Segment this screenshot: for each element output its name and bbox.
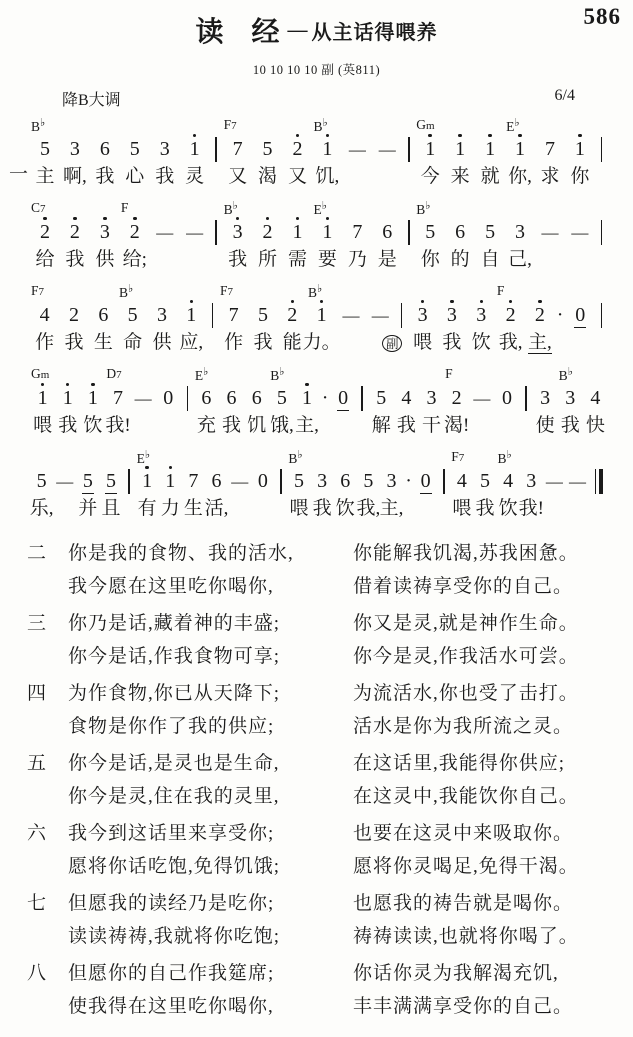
- verse-lines: 你乃是话,藏着神的丰盛;你又是灵,就是神作生命。你今是话,作我食物可享;你今是灵…: [68, 607, 633, 673]
- octave-dot: [41, 383, 45, 387]
- dash-extension: —: [565, 214, 595, 274]
- lyric-syllable: 解: [372, 410, 391, 440]
- note-token: F2我,: [496, 297, 525, 357]
- note-token: 3己,: [505, 214, 535, 274]
- chord-label: B♭: [498, 450, 512, 466]
- note-token: 6我: [90, 131, 120, 191]
- verse-lines: 我今到这话里来享受你;也要在这灵中来吸取你。愿将你话吃饱,免得饥饿;愿将你灵喝足…: [68, 817, 633, 883]
- barline: [181, 380, 194, 440]
- barline: [402, 131, 415, 191]
- lyric-syllable: 我: [313, 493, 332, 523]
- verse-line-right: 祷祷读读,也就将你喝了。: [353, 920, 633, 953]
- lyric-syllable: 又: [288, 161, 307, 191]
- lyric-syllable: 啊,: [63, 161, 87, 191]
- lyric-syllable: 活,: [205, 493, 229, 523]
- chord-label: E♭: [313, 201, 326, 217]
- dash-extension: —: [535, 214, 565, 274]
- verse-line-right: 借着读祷享受你的自己。: [353, 570, 633, 603]
- dash-extension: —: [228, 463, 251, 523]
- dash-extension: —: [342, 131, 372, 191]
- octave-dot: [296, 134, 300, 138]
- lyric-syllable: 我!: [105, 410, 130, 440]
- note-token: 0: [414, 463, 437, 523]
- note-token: 3使: [533, 380, 558, 440]
- octave-dot: [458, 134, 462, 138]
- verse-line-left: 读读祷祷,我就将你吃饱;: [68, 920, 353, 953]
- verse-line: 你乃是话,藏着神的丰盛;你又是灵,就是神作生命。: [68, 607, 633, 640]
- verse-line-right: 你又是灵,就是神作生命。: [353, 607, 633, 640]
- lyric-syllable: 我: [222, 410, 241, 440]
- lyric-syllable: 我!: [519, 493, 544, 523]
- note-token: B♭5喂: [287, 463, 310, 523]
- octave-dot: [266, 217, 270, 221]
- verse-line-right: 你话你灵为我解渴充饥,: [353, 957, 633, 990]
- verse: 八但愿你的自己作我筵席;你话你灵为我解渴充饥,使我得在这里吃你喝你,丰丰满满享受…: [27, 957, 633, 1023]
- music-systems: 一B♭5主3啊,6我5心3我1灵F77又5渴2又B♭1饥,——Gm1今1来1就E…: [0, 116, 633, 523]
- octave-dot: [518, 134, 522, 138]
- octave-dot: [91, 383, 95, 387]
- note-token: 2又: [283, 131, 313, 191]
- octave-dot: [190, 300, 194, 304]
- augmentation-dot: ·: [403, 463, 414, 523]
- chord-label: Gm: [31, 367, 49, 381]
- note-token: 5乐,: [30, 463, 53, 523]
- verse: 二你是我的食物、我的活水,你能解我饥渴,苏我困惫。我今愿在这里吃你喝你,借着读祷…: [27, 537, 633, 603]
- chord-label: Gm: [416, 118, 434, 132]
- note-token: 5解: [369, 380, 394, 440]
- verse-line-left: 我今到这话里来享受你;: [68, 817, 353, 850]
- note-token: D77我!: [105, 380, 130, 440]
- note-token: E♭1你,: [505, 131, 535, 191]
- lyric-syllable: 渴: [258, 161, 277, 191]
- chord-label: B♭: [119, 284, 133, 300]
- chord-label: F7: [451, 450, 464, 464]
- note-token: 6活,: [205, 463, 228, 523]
- note-token: F2给;: [120, 214, 150, 274]
- octave-dot: [66, 383, 70, 387]
- verse: 五你今是话,是灵也是生命,在这话里,我能得你供应;你今是灵,住在我的灵里,在这灵…: [27, 747, 633, 813]
- octave-dot: [578, 134, 582, 138]
- lyric-syllable: 供: [152, 327, 171, 357]
- note-token: E♭1有: [136, 463, 159, 523]
- verse-line: 愿将你话吃饱,免得饥饿;愿将你灵喝足,免得干渴。: [68, 850, 633, 883]
- verse-line-right: 愿将你灵喝足,免得干渴。: [353, 850, 633, 883]
- lyric-syllable: 力: [161, 493, 180, 523]
- lyric-syllable: 我: [58, 410, 77, 440]
- lyric-syllable: 是: [378, 244, 397, 274]
- chord-label: B♭: [559, 367, 573, 383]
- lyric-syllable: 主,: [295, 410, 319, 440]
- verse-line: 使我得在这里吃你喝你,丰丰满满享受你的自己。: [68, 990, 633, 1023]
- augmentation-dot: ·: [555, 297, 566, 357]
- note-token: B♭1饥,: [312, 131, 342, 191]
- note-token: 6饥: [244, 380, 269, 440]
- dash-extension: —: [372, 131, 402, 191]
- note-token: C72给: [30, 214, 60, 274]
- verse-line: 你今是话,作我食物可享;你今是灵,作我活水可尝。: [68, 640, 633, 673]
- verse-line-left: 但愿你的自己作我筵席;: [68, 957, 353, 990]
- note-token: 3啊,: [60, 131, 90, 191]
- lyric-syllable: 饮: [336, 493, 355, 523]
- key-time-row: 降B大调 6/4: [0, 78, 633, 110]
- lyric-syllable: 渴!: [444, 410, 469, 440]
- lyric-syllable: 今: [421, 161, 440, 191]
- lyric-syllable: 且: [101, 493, 120, 523]
- augmentation-dot: ·: [320, 380, 331, 440]
- octave-dot: [509, 300, 513, 304]
- note-token: 6的: [445, 214, 475, 274]
- lyric-syllable: 乃: [348, 244, 367, 274]
- chord-label: B♭: [270, 367, 284, 383]
- verse-line-right: 你能解我饥渴,苏我困惫。: [353, 537, 633, 570]
- octave-dot: [428, 134, 432, 138]
- lyric-syllable: 你,: [508, 161, 532, 191]
- note-token: 7生: [182, 463, 205, 523]
- verse-line: 但愿你的自己作我筵席;你话你灵为我解渴充饥,: [68, 957, 633, 990]
- lyric-syllable: 作: [224, 327, 243, 357]
- verse-line-left: 愿将你话吃饱,免得饥饿;: [68, 850, 353, 883]
- lyric-syllable: 有: [138, 493, 157, 523]
- barline: [274, 463, 287, 523]
- lyric-syllable: 应,: [179, 327, 203, 357]
- verses-block: 二你是我的食物、我的活水,你能解我饥渴,苏我困惫。我今愿在这里吃你喝你,借着读祷…: [27, 537, 633, 1023]
- octave-dot: [296, 217, 300, 221]
- lyric-syllable: 命: [123, 327, 142, 357]
- note-token: F74喂: [450, 463, 473, 523]
- lyric-syllable: 乐,: [30, 493, 54, 523]
- note-token: 1我: [55, 380, 80, 440]
- verse-line-right: 也愿我的祷告就是喝你。: [353, 887, 633, 920]
- note-token: 1饮: [80, 380, 105, 440]
- lyric-syllable: 又: [228, 161, 247, 191]
- note-token: B♭3我: [558, 380, 583, 440]
- note-token: 7求: [535, 131, 565, 191]
- note-token: 5我: [473, 463, 496, 523]
- verse-line: 我今到这话里来享受你;也要在这灵中来吸取你。: [68, 817, 633, 850]
- lyric-syllable: 饥: [247, 410, 266, 440]
- verse-line: 你今是话,是灵也是生命,在这话里,我能得你供应;: [68, 747, 633, 780]
- chord-label: C7: [31, 201, 46, 215]
- barline: [595, 214, 608, 274]
- lyric-syllable: 我: [95, 161, 114, 191]
- hymn-title: 读 经 — 从主话得喂养: [0, 10, 633, 50]
- barline: [206, 297, 219, 357]
- note-token: 0: [566, 297, 595, 357]
- lyric-syllable: 作: [35, 327, 54, 357]
- note-token: 1来: [445, 131, 475, 191]
- lyric-syllable: 饮: [499, 493, 518, 523]
- note-token: E♭1要: [312, 214, 342, 274]
- note-token: 5并: [76, 463, 99, 523]
- verse-lines: 你今是话,是灵也是生命,在这话里,我能得你供应;你今是灵,住在我的灵里,在这灵中…: [68, 747, 633, 813]
- lyric-syllable: 充: [197, 410, 216, 440]
- verse-line-left: 你乃是话,藏着神的丰盛;: [68, 607, 353, 640]
- chord-label: F7: [31, 284, 44, 298]
- lyric-syllable: 就: [481, 161, 500, 191]
- octave-dot: [320, 300, 324, 304]
- verse-lines: 为作食物,你已从天降下;为流活水,你也受了击打。食物是你作了我的供应;活水是你为…: [68, 677, 633, 743]
- verse-line-left: 但愿我的读经乃是吃你;: [68, 887, 353, 920]
- octave-dot: [236, 217, 240, 221]
- dash-extension: —: [543, 463, 566, 523]
- lyric-syllable: 我: [228, 244, 247, 274]
- octave-dot: [73, 217, 77, 221]
- verse-line: 你是我的食物、我的活水,你能解我饥渴,苏我困惫。: [68, 537, 633, 570]
- barline: [356, 380, 369, 440]
- note-token: 3喂副: [408, 297, 437, 357]
- dash-extension: —: [336, 297, 365, 357]
- barline: [520, 380, 533, 440]
- verse-number: 四: [27, 677, 68, 743]
- note-token: 0: [251, 463, 274, 523]
- note-token: 2我: [59, 297, 88, 357]
- lyric-syllable: 给;: [123, 244, 147, 274]
- note-token: 1应,: [177, 297, 206, 357]
- note-token: B♭4饮: [497, 463, 520, 523]
- hymn-number: 586: [584, 4, 622, 30]
- octave-dot: [103, 217, 107, 221]
- lyric-syllable: 我: [65, 244, 84, 274]
- note-token: 5渴: [253, 131, 283, 191]
- note-token: B♭5饿,: [269, 380, 294, 440]
- octave-dot: [193, 134, 197, 138]
- octave-dot: [326, 217, 330, 221]
- note-token: 7乃: [342, 214, 372, 274]
- note-token: Gm1今: [415, 131, 445, 191]
- final-barline: [589, 463, 608, 523]
- note-token: 6我: [219, 380, 244, 440]
- lyric-syllable: 饿,: [270, 410, 294, 440]
- lyric-syllable: 需: [288, 244, 307, 274]
- lyric-syllable: 我: [475, 493, 494, 523]
- chord-label: B♭: [416, 201, 430, 217]
- note-token: 2主,: [525, 297, 554, 357]
- verse-line: 但愿我的读经乃是吃你;也愿我的祷告就是喝你。: [68, 887, 633, 920]
- note-token: 3干: [419, 380, 444, 440]
- verse-line-left: 为作食物,你已从天降下;: [68, 677, 353, 710]
- verse-line: 我今愿在这里吃你喝你,借着读祷享受你的自己。: [68, 570, 633, 603]
- lyric-syllable: 喂副: [413, 327, 432, 357]
- lyric-syllable: 所: [258, 244, 277, 274]
- lyric-syllable: 生: [184, 493, 203, 523]
- page-header: 586 读 经 — 从主话得喂养 10 10 10 10 副 (英811) 降B…: [0, 0, 633, 110]
- verse: 七但愿我的读经乃是吃你;也愿我的祷告就是喝你。读读祷祷,我就将你吃饱;祷祷读读,…: [27, 887, 633, 953]
- verse-number: 六: [27, 817, 68, 883]
- lyric-syllable: 我: [64, 327, 83, 357]
- lyric-syllable: 主,: [528, 327, 552, 357]
- note-token: 3饮: [467, 297, 496, 357]
- music-system: Gm1喂1我1饮D77我!—0E♭6充6我6饥B♭5饿,1主,·05解4我3干F…: [30, 365, 608, 440]
- verse-lines: 但愿我的读经乃是吃你;也愿我的祷告就是喝你。读读祷祷,我就将你吃饱;祷祷读读,也…: [68, 887, 633, 953]
- lyric-syllable: 供: [95, 244, 114, 274]
- verse: 四为作食物,你已从天降下;为流活水,你也受了击打。食物是你作了我的供应;活水是你…: [27, 677, 633, 743]
- barline: [595, 297, 608, 357]
- note-token: 3我!: [520, 463, 543, 523]
- note-token: 0: [331, 380, 356, 440]
- music-system: F74作2我6生B♭5命3供1应,F77作5我2能B♭1力。——3喂副3我3饮F…: [30, 282, 608, 357]
- lyric-syllable: 喂: [33, 410, 52, 440]
- barline: [210, 214, 223, 274]
- chord-label: B♭: [31, 118, 45, 134]
- octave-dot: [488, 134, 492, 138]
- lyric-syllable: 我: [397, 410, 416, 440]
- note-token: 4快: [583, 380, 608, 440]
- barline: [402, 214, 415, 274]
- chord-label: E♭: [137, 450, 150, 466]
- verse-line-left: 你是我的食物、我的活水,: [68, 537, 353, 570]
- lyric-syllable: 饥,: [316, 161, 340, 191]
- note-token: 1你: [565, 131, 595, 191]
- note-token: 1灵: [180, 131, 210, 191]
- note-token: 6是: [372, 214, 402, 274]
- verse-line-left: 你今是话,是灵也是生命,: [68, 747, 353, 780]
- dash-extension: —: [131, 380, 156, 440]
- lyric-syllable: 力。: [303, 327, 341, 357]
- lyric-syllable: 来: [451, 161, 470, 191]
- chord-label: F7: [220, 284, 233, 298]
- chord-label: F7: [224, 118, 237, 132]
- barline: [595, 131, 608, 191]
- note-token: 1需: [283, 214, 313, 274]
- chord-label: E♭: [195, 367, 208, 383]
- title-dash: —: [288, 19, 308, 42]
- lyric-syllable: 我: [561, 410, 580, 440]
- note-token: B♭5命: [118, 297, 147, 357]
- lyric-syllable: 并: [78, 493, 97, 523]
- verse-line-left: 我今愿在这里吃你喝你,: [68, 570, 353, 603]
- note-token: 2我: [60, 214, 90, 274]
- note-token: E♭6充: [194, 380, 219, 440]
- chord-label: B♭: [224, 201, 238, 217]
- title-subtitle: 从主话得喂养: [312, 16, 438, 45]
- lyric-syllable: 快: [586, 410, 605, 440]
- note-token: 3我: [150, 131, 180, 191]
- octave-dot: [421, 300, 425, 304]
- verse-lines: 你是我的食物、我的活水,你能解我饥渴,苏我困惫。我今愿在这里吃你喝你,借着读祷享…: [68, 537, 633, 603]
- note-token: B♭3我: [223, 214, 253, 274]
- barline: [210, 131, 223, 191]
- octave-dot: [43, 217, 47, 221]
- lyric-syllable: 我: [253, 327, 272, 357]
- chord-label: E♭: [506, 118, 519, 134]
- verse-line: 读读祷祷,我就将你吃饱;祷祷读读,也就将你喝了。: [68, 920, 633, 953]
- lyric-syllable: 要: [318, 244, 337, 274]
- note-token: F2渴!: [444, 380, 469, 440]
- verse-number: 二: [27, 537, 68, 603]
- lyric-syllable: 你: [421, 244, 440, 274]
- octave-dot: [133, 217, 137, 221]
- note-token: Gm1喂: [30, 380, 55, 440]
- note-token: 5我,: [357, 463, 380, 523]
- key-signature: 降B大调: [62, 87, 121, 110]
- lyric-syllable: 喂: [289, 493, 308, 523]
- note-token: 6饮: [334, 463, 357, 523]
- note-token: 3供: [90, 214, 120, 274]
- lyric-syllable: 我: [155, 161, 174, 191]
- lyric-syllable: 喂: [452, 493, 471, 523]
- octave-dot: [450, 300, 454, 304]
- verse-number: 八: [27, 957, 68, 1023]
- chord-label: F: [121, 201, 129, 215]
- lyric-syllable: 自: [481, 244, 500, 274]
- verse-line-right: 在这话里,我能得你供应;: [353, 747, 633, 780]
- verse-line-right: 也要在这灵中来吸取你。: [353, 817, 633, 850]
- verse-line-right: 丰丰满满享受你的自己。: [353, 990, 633, 1023]
- note-token: 4我: [394, 380, 419, 440]
- note-token: F77又: [223, 131, 253, 191]
- chord-label: F: [497, 284, 505, 298]
- verse-line: 为作食物,你已从天降下;为流活水,你也受了击打。: [68, 677, 633, 710]
- note-token: 3我: [311, 463, 334, 523]
- dash-extension: —: [150, 214, 180, 274]
- verse-line-right: 为流活水,你也受了击打。: [353, 677, 633, 710]
- verse-line: 食物是你作了我的供应;活水是你为我所流之灵。: [68, 710, 633, 743]
- lyric-syllable: 干: [422, 410, 441, 440]
- lyric-syllable: 你: [570, 161, 589, 191]
- chord-label: F: [445, 367, 453, 381]
- verse-number: 七: [27, 887, 68, 953]
- dash-extension: —: [180, 214, 210, 274]
- lyric-syllable: 生: [94, 327, 113, 357]
- meter-text: 10 10 10 10 副 (英811): [0, 60, 633, 78]
- verse-number: 三: [27, 607, 68, 673]
- note-token: 0: [494, 380, 519, 440]
- chord-label: B♭: [288, 450, 302, 466]
- note-token: 5自: [475, 214, 505, 274]
- verse-line-right: 在这灵中,我能饮你自己。: [353, 780, 633, 813]
- dash-extension: —: [469, 380, 494, 440]
- octave-dot: [538, 300, 542, 304]
- verse-line-left: 使我得在这里吃你喝你,: [68, 990, 353, 1023]
- verse-number-mark: 一: [9, 159, 28, 186]
- verse: 六我今到这话里来享受你;也要在这灵中来吸取你。愿将你话吃饱,免得饥饿;愿将你灵喝…: [27, 817, 633, 883]
- barline: [437, 463, 450, 523]
- time-signature: 6/4: [555, 87, 575, 110]
- lyric-syllable: 给: [35, 244, 54, 274]
- chord-label: B♭: [308, 284, 322, 300]
- lyric-syllable: 己,: [508, 244, 532, 274]
- octave-dot: [305, 383, 309, 387]
- music-system: C72给2我3供F2给;——B♭3我2所1需E♭1要7乃6是B♭5你6的5自3己…: [30, 199, 608, 274]
- lyric-syllable: 我,: [357, 493, 381, 523]
- lyric-syllable: 能: [283, 327, 302, 357]
- note-token: 1力: [159, 463, 182, 523]
- verse: 三你乃是话,藏着神的丰盛;你又是灵,就是神作生命。你今是话,作我食物可享;你今是…: [27, 607, 633, 673]
- note-token: 2所: [253, 214, 283, 274]
- lyric-syllable: 使: [536, 410, 555, 440]
- dash-extension: —: [566, 463, 589, 523]
- verse-number: 五: [27, 747, 68, 813]
- lyric-syllable: 饮: [83, 410, 102, 440]
- barline: [123, 463, 136, 523]
- note-token: F77作: [219, 297, 248, 357]
- lyric-syllable: 我,: [499, 327, 523, 357]
- chord-label: D7: [106, 367, 121, 381]
- lyric-syllable: 求: [540, 161, 559, 191]
- note-token: 6生: [89, 297, 118, 357]
- music-system: 一B♭5主3啊,6我5心3我1灵F77又5渴2又B♭1饥,——Gm1今1来1就E…: [30, 116, 608, 191]
- note-token: 1就: [475, 131, 505, 191]
- note-token: 3我: [437, 297, 466, 357]
- lyric-syllable: 饮: [472, 327, 491, 357]
- octave-dot: [291, 300, 295, 304]
- note-token: 0: [156, 380, 181, 440]
- note-token: 5我: [248, 297, 277, 357]
- title-main: 读 经: [195, 10, 279, 50]
- note-token: 5且: [99, 463, 122, 523]
- music-system: 5乐,—5并5且E♭1有1力7生6活,—0B♭5喂3我6饮5我,3主,·0F74…: [30, 448, 608, 523]
- chord-label: B♭: [313, 118, 327, 134]
